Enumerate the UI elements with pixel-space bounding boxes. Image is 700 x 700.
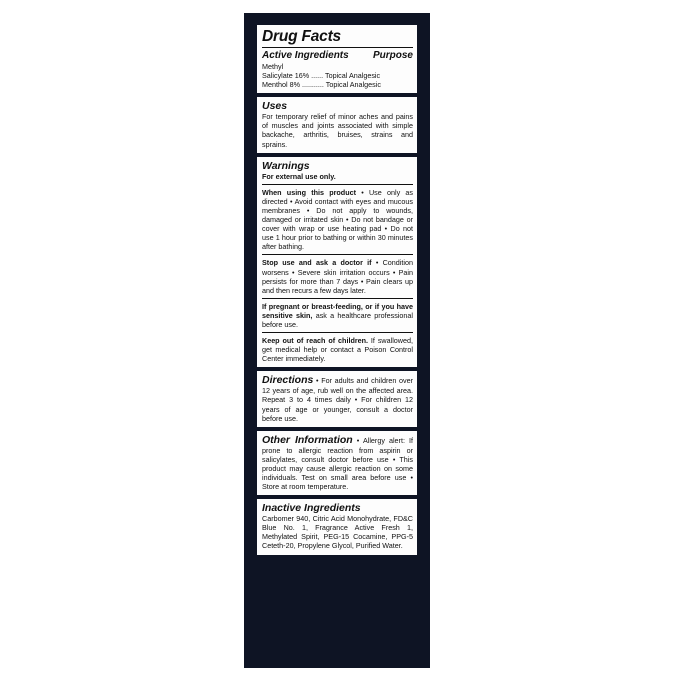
section-uses: Uses For temporary relief of minor aches… — [257, 97, 417, 152]
divider — [262, 47, 413, 48]
page-title: Drug Facts — [262, 28, 413, 45]
other-info-block: Other Information • Allergy alert: If pr… — [262, 434, 413, 491]
section-inactive-ingredients: Inactive Ingredients Carbomer 940, Citri… — [257, 499, 417, 554]
section-other-information: Other Information • Allergy alert: If pr… — [257, 431, 417, 495]
divider — [262, 332, 413, 333]
inactive-text: Carbomer 940, Citric Acid Monohydrate, F… — [262, 514, 413, 550]
drug-facts-label: Drug Facts Active Ingredients Purpose Me… — [244, 13, 430, 668]
active-line: Salicylate 16% ...... Topical Analgesic — [262, 71, 413, 80]
section-active-ingredients: Drug Facts Active Ingredients Purpose Me… — [257, 25, 417, 93]
children-block: Keep out of reach of children. If swallo… — [262, 336, 413, 363]
directions-block: Directions • For adults and children ove… — [262, 374, 413, 422]
warnings-heading: Warnings — [262, 160, 413, 172]
divider — [262, 254, 413, 255]
when-using-block: When using this product • Use only as di… — [262, 188, 413, 252]
external-use-text: For external use only. — [262, 172, 413, 181]
section-warnings: Warnings For external use only. When usi… — [257, 157, 417, 368]
uses-text: For temporary relief of minor aches and … — [262, 112, 413, 148]
active-header-row: Active Ingredients Purpose — [262, 50, 413, 62]
drug-facts-panel: Drug Facts Active Ingredients Purpose Me… — [257, 25, 417, 559]
inactive-heading: Inactive Ingredients — [262, 502, 413, 514]
other-info-heading: Other Information — [262, 434, 353, 446]
divider — [262, 184, 413, 185]
uses-heading: Uses — [262, 100, 413, 112]
children-label: Keep out of reach of children. — [262, 336, 368, 345]
active-line: Methyl — [262, 62, 413, 71]
directions-heading: Directions — [262, 374, 313, 386]
section-directions: Directions • For adults and children ove… — [257, 371, 417, 426]
when-using-label: When using this product — [262, 188, 356, 197]
divider — [262, 298, 413, 299]
when-using-text: • Use only as directed • Avoid contact w… — [262, 188, 413, 252]
stop-use-block: Stop use and ask a doctor if • Condition… — [262, 258, 413, 294]
stop-use-label: Stop use and ask a doctor if — [262, 258, 372, 267]
active-line: Menthol 8% ........... Topical Analgesic — [262, 80, 413, 89]
pregnant-block: If pregnant or breast-feeding, or if you… — [262, 302, 413, 329]
active-ingredients-heading: Active Ingredients — [262, 50, 349, 62]
purpose-heading: Purpose — [373, 50, 413, 62]
